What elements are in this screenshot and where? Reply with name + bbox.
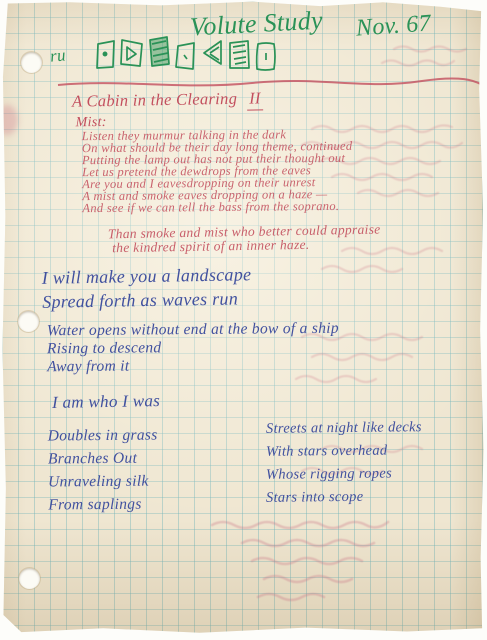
poem-heading-numeral: II	[247, 88, 263, 110]
poem-line: Branches Out	[48, 447, 158, 471]
blue-column-right: Streets at night like decks With stars o…	[266, 417, 422, 509]
poem-line: From saplings	[48, 493, 158, 517]
ink-smudge	[0, 105, 18, 135]
margin-annotation: ru	[49, 45, 67, 67]
blue-stanza-2: Water opens without end at the bow of a …	[47, 320, 340, 377]
poem-line: Spread forth as waves run	[42, 286, 252, 314]
poem-line: Doubles in grass	[48, 424, 158, 448]
poem-line: Away from it	[47, 356, 339, 377]
scanned-manuscript-page: Volute Study Nov. 67 ru A Cabin	[0, 0, 487, 640]
poem-line: Stars into scope	[266, 485, 422, 510]
blue-column-left: Doubles in grass Branches Out Unraveling…	[48, 424, 159, 517]
poem-line: Streets at night like decks	[266, 416, 422, 441]
poem-line: Whose rigging ropes	[266, 462, 422, 487]
poem-heading-title: A Cabin in the Clearing	[72, 89, 237, 111]
page-date: Nov. 67	[355, 10, 432, 42]
notebook-page: Volute Study Nov. 67 ru A Cabin	[2, 1, 484, 634]
punch-hole	[19, 568, 40, 589]
poem-line: Unraveling silk	[48, 470, 158, 494]
red-couplet: Than smoke and mist who better could app…	[102, 223, 381, 255]
blue-stanza-1: I will make you a landscape Spread forth…	[42, 262, 252, 314]
poem-heading: A Cabin in the ClearingII	[72, 88, 263, 113]
poem-line: With stars overhead	[266, 439, 422, 464]
poem-line: I will make you a landscape	[42, 262, 252, 290]
poem-line: Water opens without end at the bow of a …	[47, 320, 339, 341]
poem-line: And see if we can tell the bass from the…	[82, 200, 353, 214]
punch-hole	[18, 311, 39, 332]
poem-line: the kindred spirit of an inner haze.	[112, 236, 381, 254]
red-quotation-block: Mist: Listen they murmur talking in the …	[76, 113, 353, 214]
blue-stanza-3: I am who I was	[52, 391, 160, 413]
